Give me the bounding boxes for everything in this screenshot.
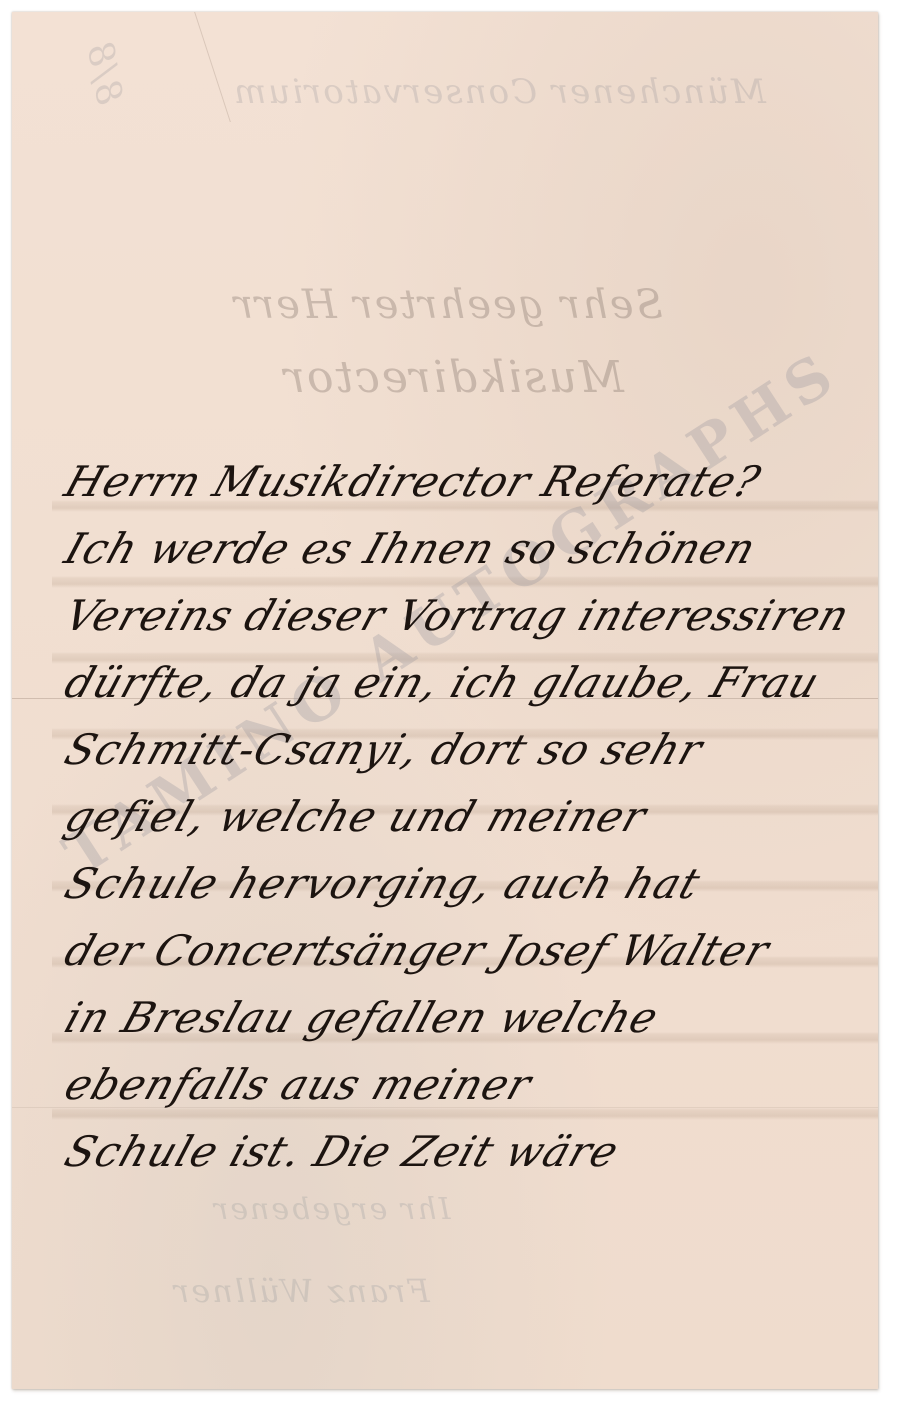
letter-line-3: Vereins dieser Vortrag interessiren <box>56 582 878 649</box>
letter-line-11: Schule ist. Die Zeit wäre <box>56 1118 878 1185</box>
bleed-through-closing-2: Franz Wüllner <box>172 1272 430 1310</box>
bleed-through-greeting-2: Musikdirector <box>282 352 624 403</box>
letter-line-4: dürfte, da ja ein, ich glaube, Frau <box>56 649 878 716</box>
bleed-through-date: 8/8 <box>78 37 129 107</box>
letter-line-8: der Concertsänger Josef Walter <box>56 917 878 984</box>
bleed-through-greeting-1: Sehr geehrter Herr <box>232 282 663 328</box>
letter-body: Herrn Musikdirector Referate? Ich werde … <box>56 448 878 1185</box>
bleed-through-heading: Münchener Conservatorium <box>232 72 766 112</box>
letter-line-10: ebenfalls aus meiner <box>56 1051 878 1118</box>
letter-line-1: Herrn Musikdirector Referate? <box>56 448 878 515</box>
letter-line-5: Schmitt-Csanyi, dort so sehr <box>56 716 878 783</box>
letter-line-9: in Breslau gefallen welche <box>56 984 878 1051</box>
bleed-through-closing-1: Ihr ergebener <box>212 1192 450 1227</box>
letter-page: Münchener Conservatorium 8/8 Sehr geehrt… <box>12 12 878 1389</box>
letter-line-7: Schule hervorging, auch hat <box>56 850 878 917</box>
letter-line-2: Ich werde es Ihnen so schönen <box>56 515 878 582</box>
letter-line-6: gefiel, welche und meiner <box>56 783 878 850</box>
